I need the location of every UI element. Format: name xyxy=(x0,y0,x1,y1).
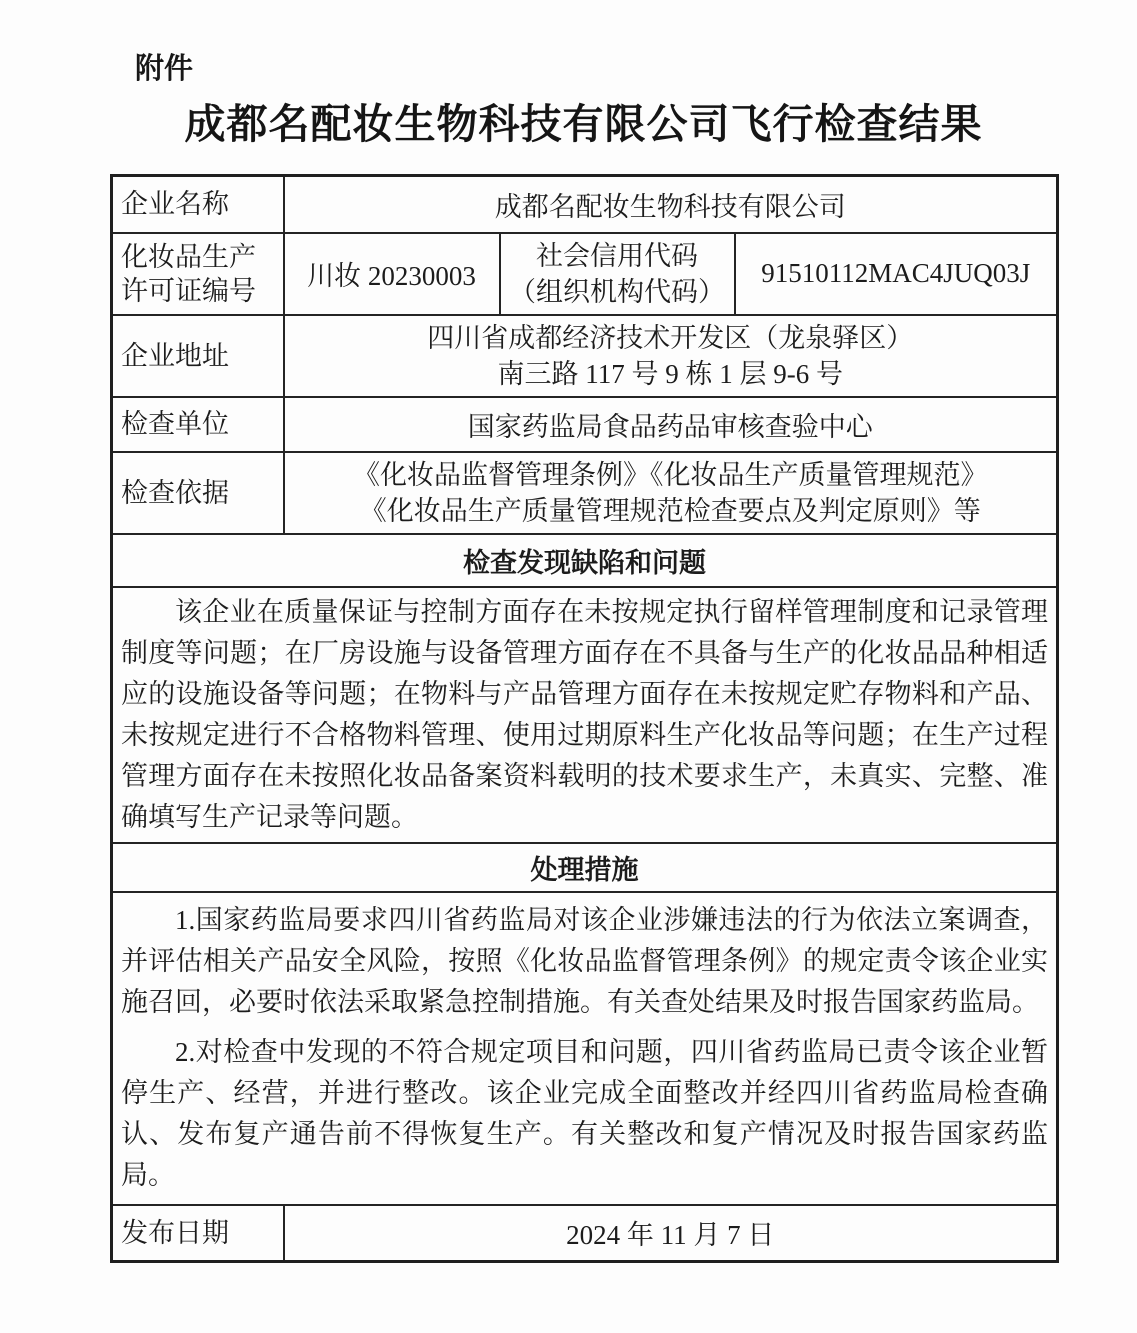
inspection-basis-label: 检查依据 xyxy=(112,452,284,534)
license-number-value: 川妆 20230003 xyxy=(284,233,500,315)
row-inspection-basis: 检查依据 《化妆品监督管理条例》《化妆品生产质量管理规范》 《化妆品生产质量管理… xyxy=(112,452,1058,534)
measures-paragraph-1: 1.国家药监局要求四川省药监局对该企业涉嫌违法的行为依法立案调查，并评估相关产品… xyxy=(121,900,1048,1023)
row-inspection-unit: 检查单位 国家药监局食品药品审核查验中心 xyxy=(112,397,1058,452)
row-company-name: 企业名称 成都名配妆生物科技有限公司 xyxy=(112,176,1058,233)
credit-code-label: 社会信用代码 （组织机构代码） xyxy=(500,233,735,315)
company-name-label: 企业名称 xyxy=(112,176,284,233)
document-page: 附件 成都名配妆生物科技有限公司飞行检查结果 企业名称 成都名配妆生物科技有限公… xyxy=(0,0,1137,1333)
measures-paragraph-2: 2.对检查中发现的不符合规定项目和问题，四川省药监局已责令该企业暂停生产、经营，… xyxy=(121,1032,1048,1196)
company-name-value: 成都名配妆生物科技有限公司 xyxy=(284,176,1058,233)
inspection-basis-value: 《化妆品监督管理条例》《化妆品生产质量管理规范》 《化妆品生产质量管理规范检查要… xyxy=(284,452,1058,534)
inspection-unit-label: 检查单位 xyxy=(112,397,284,452)
defects-paragraph: 该企业在质量保证与控制方面存在未按规定执行留样管理制度和记录管理制度等问题；在厂… xyxy=(121,592,1048,838)
attachment-label: 附件 xyxy=(135,0,1057,86)
inspection-basis-line1: 《化妆品监督管理条例》《化妆品生产质量管理规范》 xyxy=(293,457,1049,493)
document-content: 附件 成都名配妆生物科技有限公司飞行检查结果 企业名称 成都名配妆生物科技有限公… xyxy=(110,0,1057,1263)
row-measures-header: 处理措施 xyxy=(112,843,1058,892)
publish-date-label: 发布日期 xyxy=(112,1205,284,1262)
company-address-line2: 南三路 117 号 9 栋 1 层 9-6 号 xyxy=(293,356,1049,392)
page-title: 成都名配妆生物科技有限公司飞行检查结果 xyxy=(110,100,1057,148)
row-publish-date: 发布日期 2024 年 11 月 7 日 xyxy=(112,1205,1058,1262)
credit-code-label-line1: 社会信用代码 xyxy=(509,238,726,274)
company-address-line1: 四川省成都经济技术开发区（龙泉驿区） xyxy=(293,320,1049,356)
row-measures-body: 1.国家药监局要求四川省药监局对该企业涉嫌违法的行为依法立案调查，并评估相关产品… xyxy=(112,892,1058,1205)
license-number-label: 化妆品生产 许可证编号 xyxy=(112,233,284,315)
measures-body-cell: 1.国家药监局要求四川省药监局对该企业涉嫌违法的行为依法立案调查，并评估相关产品… xyxy=(112,892,1058,1205)
row-company-address: 企业地址 四川省成都经济技术开发区（龙泉驿区） 南三路 117 号 9 栋 1 … xyxy=(112,315,1058,397)
credit-code-label-line2: （组织机构代码） xyxy=(509,274,726,310)
company-address-value: 四川省成都经济技术开发区（龙泉驿区） 南三路 117 号 9 栋 1 层 9-6… xyxy=(284,315,1058,397)
license-label-line2: 许可证编号 xyxy=(121,274,275,308)
row-license-number: 化妆品生产 许可证编号 川妆 20230003 社会信用代码 （组织机构代码） … xyxy=(112,233,1058,315)
defects-body-cell: 该企业在质量保证与控制方面存在未按规定执行留样管理制度和记录管理制度等问题；在厂… xyxy=(112,587,1058,843)
inspection-basis-line2: 《化妆品生产质量管理规范检查要点及判定原则》等 xyxy=(293,493,1049,529)
company-address-label: 企业地址 xyxy=(112,315,284,397)
license-label-line1: 化妆品生产 xyxy=(121,240,275,274)
measures-section-header: 处理措施 xyxy=(112,843,1058,892)
credit-code-value: 91510112MAC4JUQ03J xyxy=(735,233,1058,315)
inspection-unit-value: 国家药监局食品药品审核查验中心 xyxy=(284,397,1058,452)
defects-section-header: 检查发现缺陷和问题 xyxy=(112,534,1058,587)
row-defects-body: 该企业在质量保证与控制方面存在未按规定执行留样管理制度和记录管理制度等问题；在厂… xyxy=(112,587,1058,843)
publish-date-value: 2024 年 11 月 7 日 xyxy=(284,1205,1058,1262)
row-defects-header: 检查发现缺陷和问题 xyxy=(112,534,1058,587)
inspection-result-table: 企业名称 成都名配妆生物科技有限公司 化妆品生产 许可证编号 川妆 202300… xyxy=(110,174,1059,1263)
